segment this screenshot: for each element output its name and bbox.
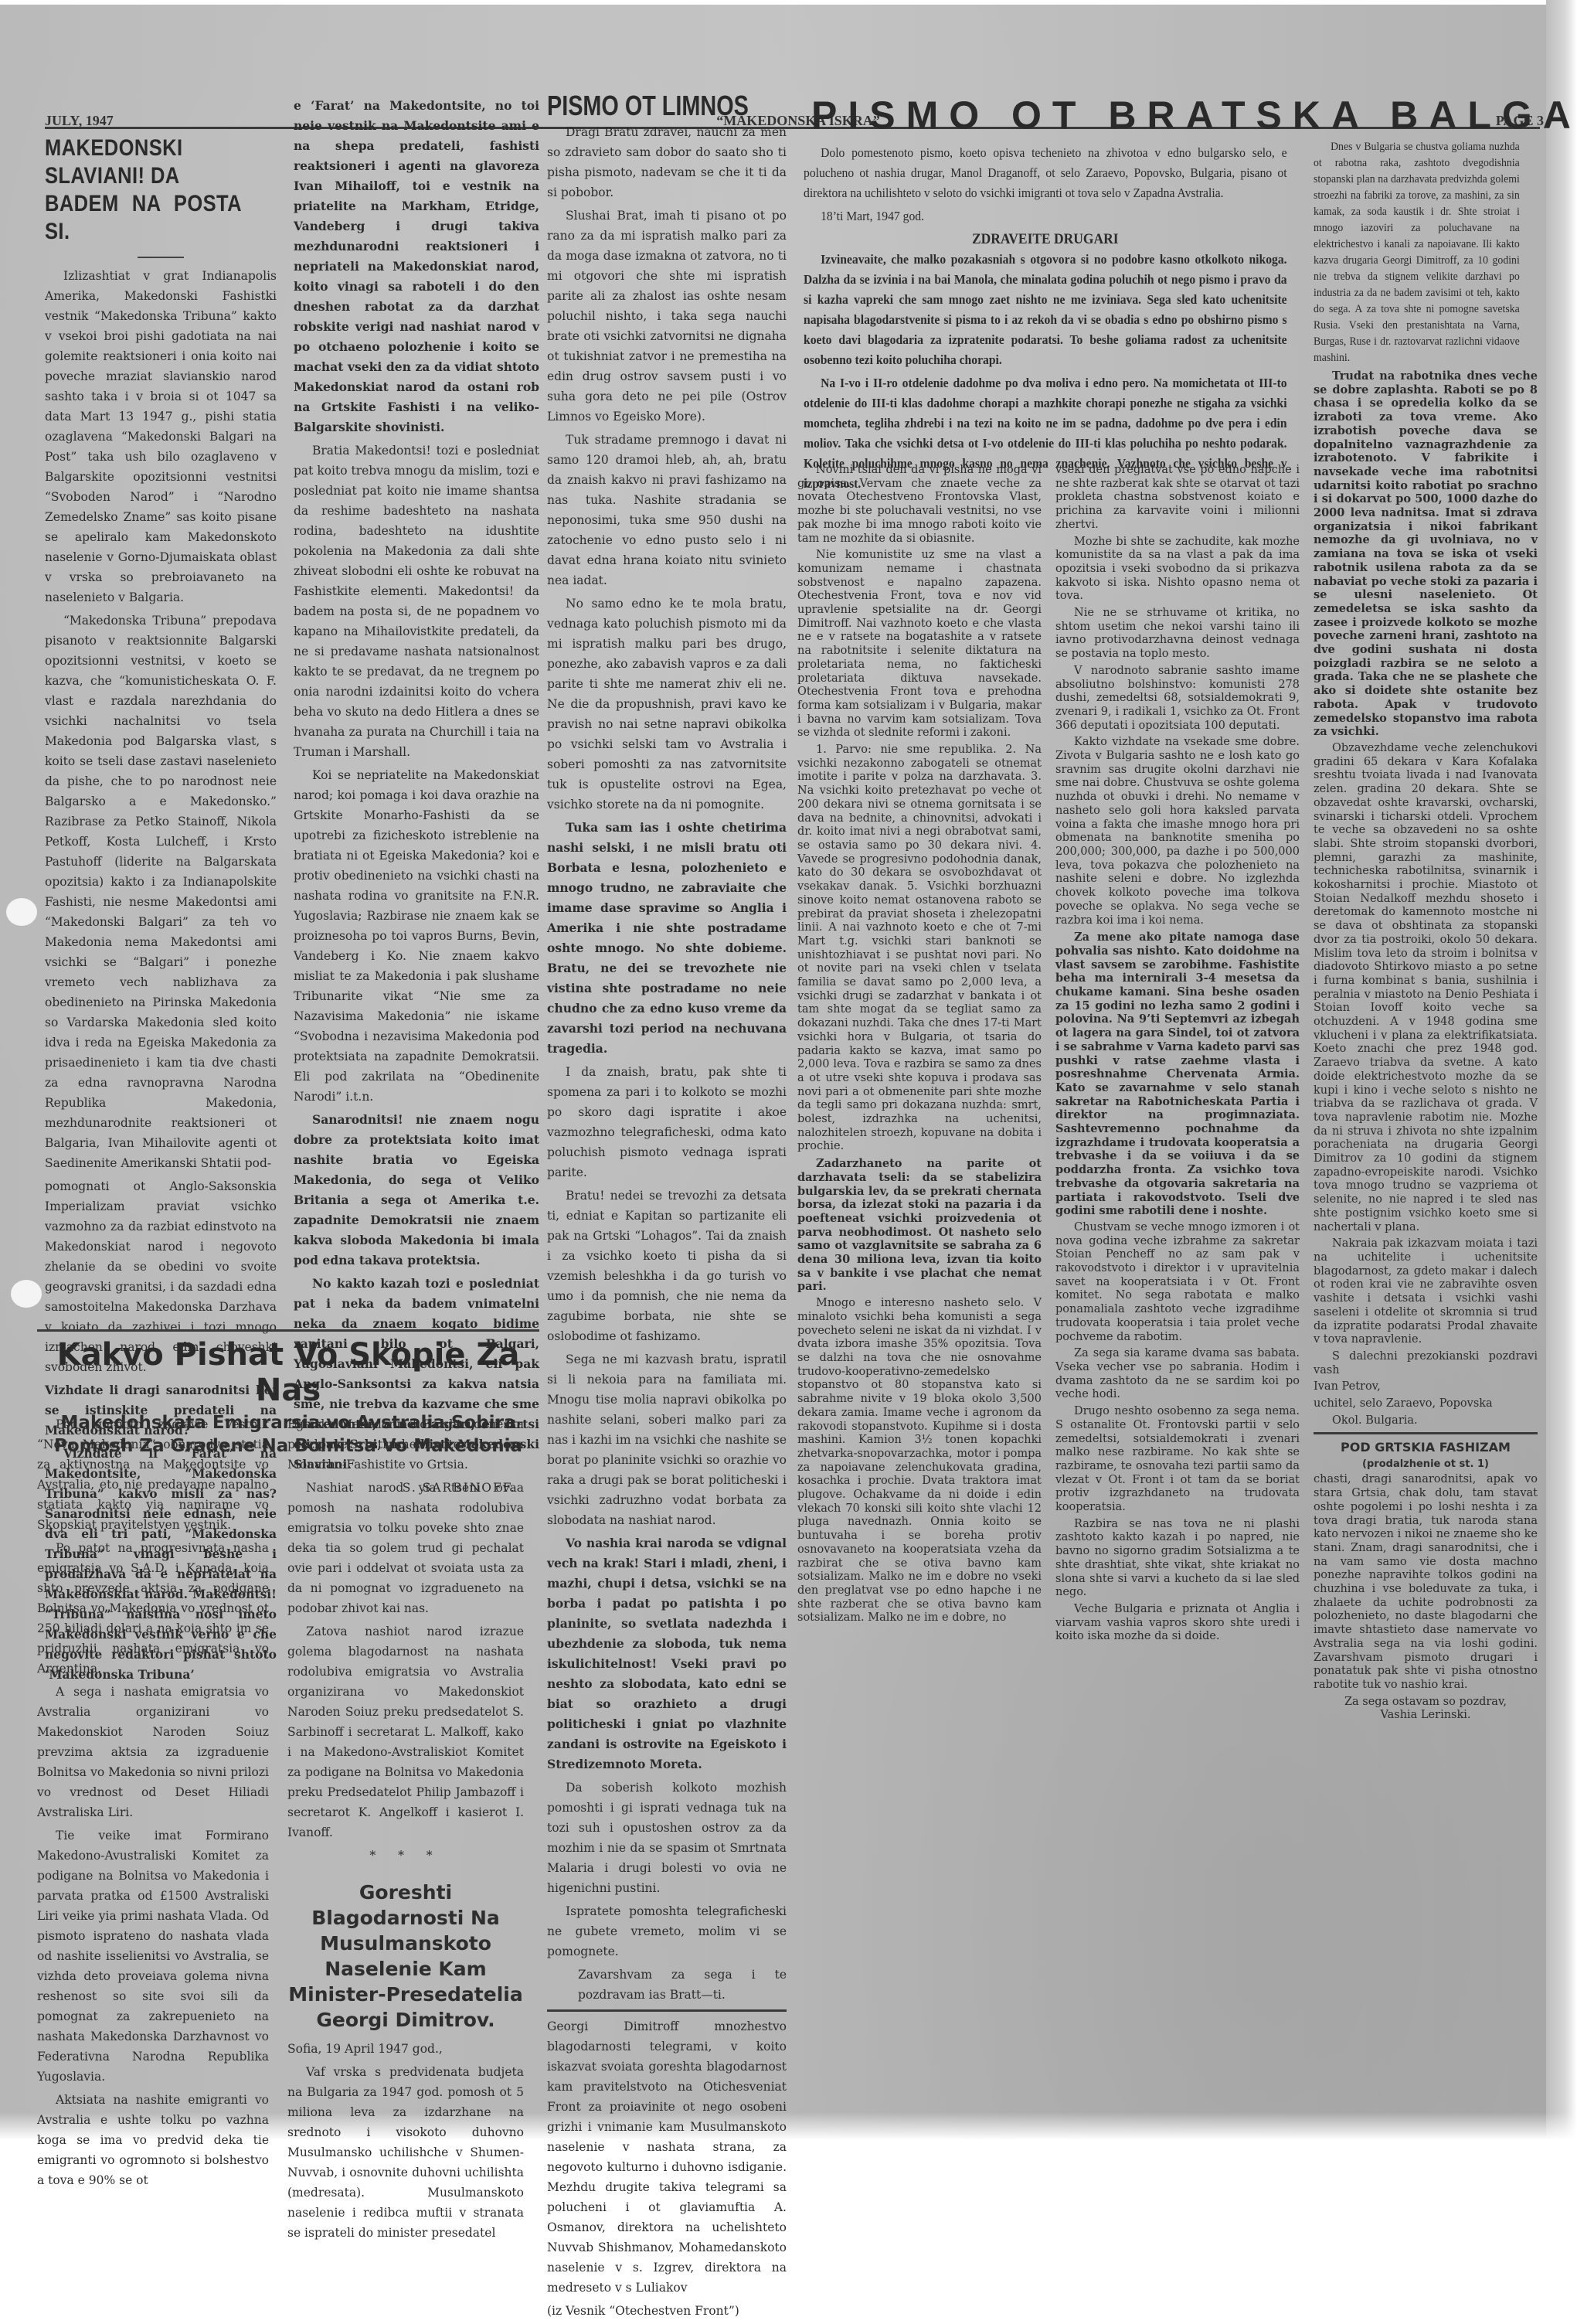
paragraph: No samo edno ke te mola bratu, vednaga k…: [547, 594, 787, 815]
article-skopie-col1: Pod gornoto zaglavie Vestnik “Nova Maked…: [37, 1414, 269, 2143]
torn-right-edge: [1546, 0, 1577, 2143]
headline-goreshti: Goreshti Blagodarnosti Na Musulmanskoto …: [287, 1880, 524, 2033]
paragraph: Razbira se nas tova ne ni plashi zashtot…: [1055, 1518, 1300, 1600]
paragraph: Izlizashtiat v grat Indianapolis Amerika…: [45, 266, 277, 607]
article-bratska-colC: Dnes v Bulgaria se chustva goliama nuzhd…: [1314, 139, 1538, 1723]
article-limnos: PISMO OT LIMNOS Dragi Bratu zdravei, nau…: [547, 96, 787, 2143]
paragraph: Koi se nepriatelite na Makedonskiat naro…: [294, 765, 539, 1107]
closing-line: Ivan Petrov,: [1314, 1380, 1538, 1394]
paragraph: Nie ne se strhuvame ot kritika, no shtom…: [1055, 607, 1300, 662]
article-bratska-colB: vseki den preglatvat vse po edno hapche …: [1055, 464, 1300, 1647]
article-bratska-colA: Novini tsial den da vi pisha ne moga vi …: [797, 464, 1042, 1628]
paragraph: Chustvam se veche mnogo izmoren i ot nov…: [1055, 1221, 1300, 1344]
paragraph: Aktsiata na nashite emigranti vo Avstral…: [37, 2090, 269, 2143]
subheadline-fashizam: (prodalzhenie ot st. 1): [1314, 1456, 1538, 1473]
paragraph: Veche Bulgaria e priznata ot Anglia i vi…: [1055, 1603, 1300, 1644]
paragraph: Da soberish kolkoto mozhish pomoshti i g…: [547, 1778, 787, 1898]
paragraph: Sega ne mi kazvash bratu, ispratil si li…: [547, 1349, 787, 1530]
paragraph: Dragi Bratu zdravei, nauchi za men so zd…: [547, 122, 787, 202]
paragraph: Bratu! nedei se trevozhi za detsata ti, …: [547, 1186, 787, 1346]
paragraph: Mozhe bi shte se zachudite, kak mozhe ko…: [1055, 536, 1300, 604]
scan-border-top: [0, 0, 1577, 5]
paragraph: chasti, dragi sanarodnitsi, apak vo star…: [1314, 1473, 1538, 1692]
paragraph: Vaf vrska s predvidenata budjeta na Bulg…: [287, 2062, 524, 2143]
signature: Vashia Lerinski.: [1314, 1709, 1538, 1723]
wide-paragraph: Izvineavaite, che malko pozakasniah s ot…: [804, 250, 1287, 370]
paragraph: Bratia Makedontsi! tozi e posledniat pat…: [294, 441, 539, 762]
closing-line: S dalechni prezokianski pozdravi vash: [1314, 1350, 1538, 1377]
headline-bratska-wrap: PISMO OT BRATSKA BALGARIA: [811, 93, 1553, 138]
headline-line: SLAVIANI! DA: [45, 162, 242, 190]
article-bratska-intro: Dolo pomestenoto pismo, koeto opisva tec…: [804, 143, 1287, 497]
headline-limnos: PISMO OT LIMNOS: [547, 96, 739, 116]
bold-paragraph: Sanarodnitsi! nie znaem nogu dobre za pr…: [294, 1110, 539, 1271]
section-rule: [1314, 1432, 1538, 1434]
paragraph: Nie komunistite uz sme na vlast a komuni…: [797, 549, 1042, 740]
paragraph: Obzavezhdame veche zelenchukovi gradini …: [1314, 742, 1538, 1234]
headline-slaviani: MAKEDONSKI SLAVIANI! DA BADEM NA POSTA S…: [45, 134, 242, 246]
paragraph: Drugo neshto osobenno za sega nema. S os…: [1055, 1405, 1300, 1515]
letter-date: 18’ti Mart, 1947 god.: [804, 206, 1287, 226]
paragraph: “Makedonska Tribuna” prepodava pisanoto …: [45, 611, 277, 1173]
paragraph: Egeiska Makedonia koia shto deneska prez…: [287, 1414, 524, 1475]
punch-hole: [6, 898, 37, 926]
paragraph: Slushai Brat, imah ti pisano ot po rano …: [547, 206, 787, 427]
closing: Za sega ostavam so pozdrav,: [1314, 1696, 1538, 1710]
paragraph: Nashiat narod yia tseni ovaa pomosh na n…: [287, 1478, 524, 1618]
headline-fashizam: POD GRTSKIA FASHIZAM: [1314, 1439, 1538, 1456]
divider: [138, 257, 184, 258]
paragraph: Zatova nashiot narod izrazue golema blag…: [287, 1621, 524, 1843]
bold-paragraph: Trudat na rabotnika dnes veche se dobre …: [1314, 369, 1538, 739]
article-skopie-col2: Egeiska Makedonia koia shto deneska prez…: [287, 1414, 524, 2143]
intro: Dolo pomestenoto pismo, koeto opisva tec…: [804, 143, 1287, 203]
paragraph: Ispratete pomoshta telegraficheski ne gu…: [547, 1901, 787, 1962]
paragraph: vseki den preglatvat vse po edno hapche …: [1055, 464, 1300, 533]
paragraph: Tie veike imat Formirano Makedono-Avustr…: [37, 1826, 269, 2087]
headline-bratska: PISMO OT BRATSKA BALGARIA: [811, 93, 1553, 138]
paragraph: Mnogo e interesno nasheto selo. V minalo…: [797, 1297, 1042, 1625]
article-slaviani-col2: e ‘Farat’ na Makedontsite, no toi neie v…: [294, 96, 539, 1498]
punch-hole: [11, 1280, 42, 1308]
paragraph: Novini tsial den da vi pisha ne moga vi …: [797, 464, 1042, 546]
paragraph: A sega i nashata emigratsia vo Avstralia…: [37, 1682, 269, 1822]
bold-paragraph: Vo nashia krai naroda se vdignal vech na…: [547, 1533, 787, 1774]
headline-skopie: Kakvo Pishat Vo Skopie Za Nas: [37, 1337, 539, 1408]
headline-line: MAKEDONSKI: [45, 134, 242, 162]
paragraph: I da znaish, bratu, pak shte ti spomena …: [547, 1062, 787, 1182]
paragraph: Po patot na progresivnata nasha emigrats…: [37, 1538, 269, 1679]
bold-paragraph: Za mene ako pitate namoga dase pohvalia …: [1055, 931, 1300, 1218]
bold-paragraph: Zadarzhaneto na parite ot darzhavata tse…: [797, 1157, 1042, 1294]
paragraph: Dnes v Bulgaria se chustva goliama nuzhd…: [1314, 139, 1520, 366]
paragraph: 1. Parvo: nie sme republika. 2. Na vsich…: [797, 743, 1042, 1154]
separator-stars: * * *: [287, 1846, 524, 1866]
goreshti-continuation: Georgi Dimitroff mnozhestvo blagodarnost…: [547, 2016, 787, 2143]
section-rule: [37, 1329, 539, 1332]
bold-paragraph: e ‘Farat’ na Makedontsite, no toi neie v…: [294, 96, 539, 437]
newspaper-page: JULY, 1947 “MAKEDONSKA ISKRA” PAGE 3 MAK…: [0, 0, 1577, 2143]
closing: Zavarshvam za sega i te pozdravam ias Br…: [547, 1965, 787, 2005]
closing-line: Okol. Bulgaria.: [1314, 1414, 1538, 1428]
paragraph: Nakraia pak izkazvam moiata i tazi na uc…: [1314, 1237, 1538, 1347]
paragraph: Kakto vizhdate na vsekade sme dobre. Ziv…: [1055, 736, 1300, 927]
headline-line: BADEM NA POSTA SI.: [45, 190, 242, 246]
closing-line: uchitel, selo Zaraevo, Popovska: [1314, 1397, 1538, 1411]
dateline: Sofia, 19 April 1947 god.,: [287, 2039, 524, 2059]
paragraph: V narodnoto sabranie sashto imame absoli…: [1055, 665, 1300, 733]
paragraph: Za sega sia karame dvama sas babata. Vse…: [1055, 1347, 1300, 1402]
paragraph: Pod gornoto zaglavie Vestnik “Nova Maked…: [37, 1414, 269, 1535]
section-rule: [547, 2009, 787, 2012]
greeting: ZDRAVEITE DRUGARI: [804, 230, 1287, 250]
paragraph: Tuk stradame premnogo i davat ni samo 12…: [547, 430, 787, 590]
bold-paragraph: Tuka sam ias i oshte chetirima nashi sel…: [547, 818, 787, 1059]
